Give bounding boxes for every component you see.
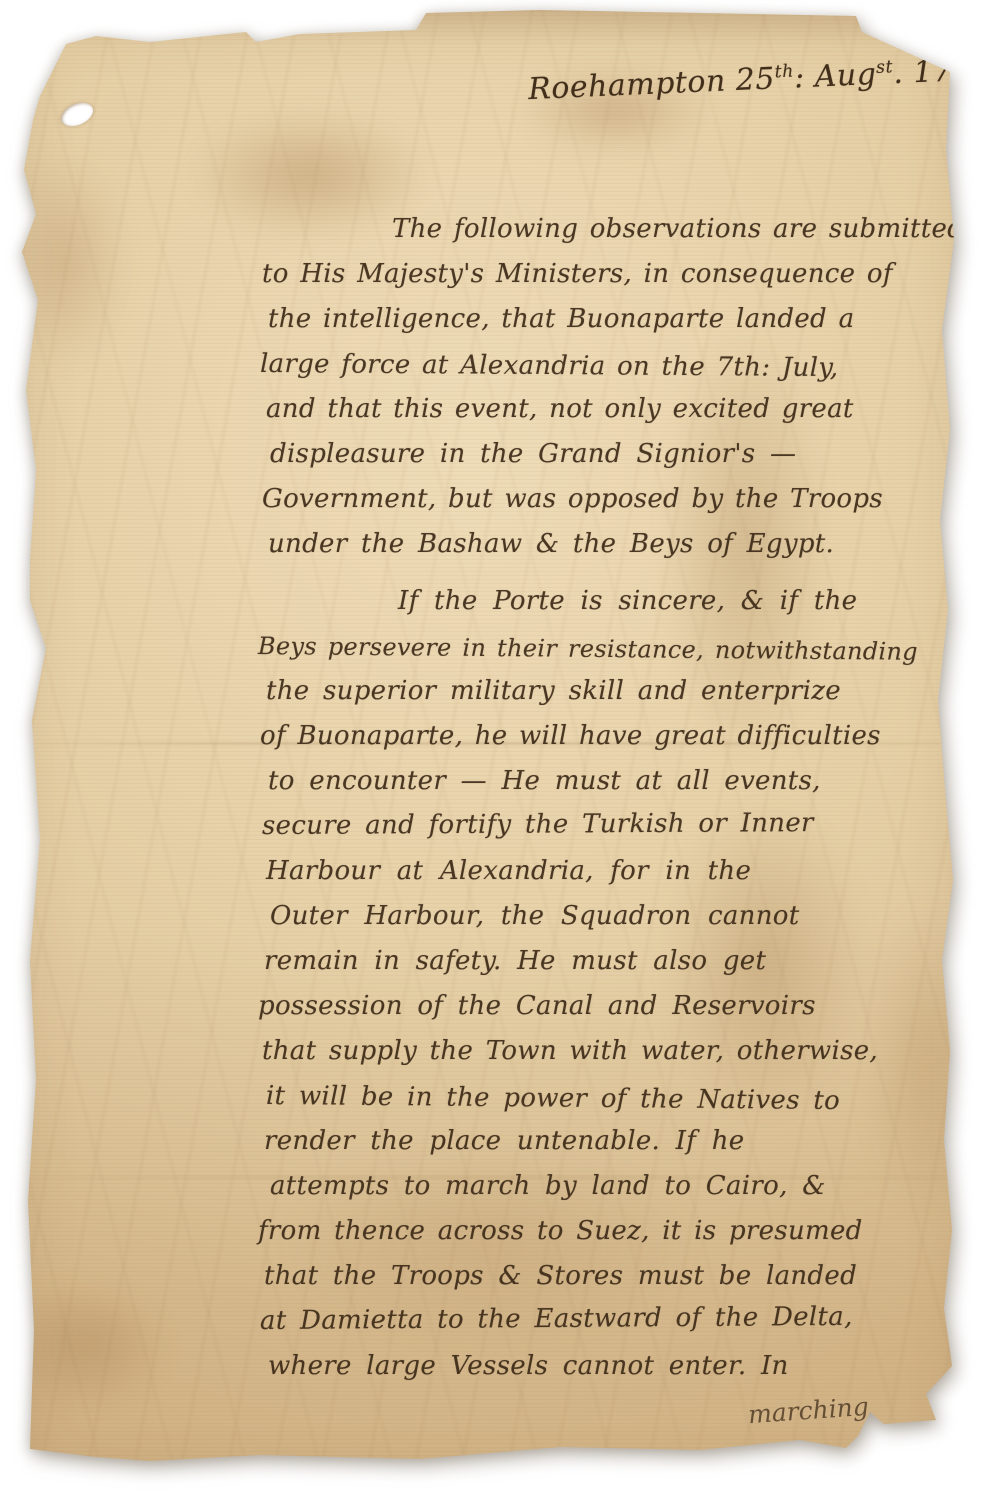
letter-line: attempts to march by land to Cairo, & [270, 1170, 826, 1202]
letter-line: where large Vessels cannot enter. In [268, 1350, 789, 1382]
letter-line: If the Porte is sincere, & if the [398, 585, 857, 617]
letter-page: Roehampton 25th: Augst. 1798 The followi… [0, 0, 983, 1500]
letter-line: Government, but was opposed by the Troop… [262, 483, 883, 515]
letter-line: it will be in the power of the Natives t… [266, 1080, 840, 1117]
letter-line: The following observations are submitted [392, 213, 964, 245]
dateline-part: . 1798 [893, 52, 983, 91]
dateline-superscript: st [876, 57, 894, 78]
letter-line: render the place untenable. If he [264, 1125, 744, 1157]
letter-line: Beys persevere in their resistance, notw… [258, 630, 918, 668]
letter-line: remain in safety. He must also get [264, 945, 766, 977]
photo-backdrop: Roehampton 25th: Augst. 1798 The followi… [0, 0, 983, 1500]
dateline-part: : Aug [793, 57, 877, 96]
letter-line: under the Bashaw & the Beys of Egypt. [268, 528, 834, 560]
letter-line: that supply the Town with water, otherwi… [262, 1035, 878, 1067]
letter-line: that the Troops & Stores must be landed [264, 1260, 857, 1292]
letter-line: and that this event, not only excited gr… [266, 393, 854, 425]
paper-sheet: Roehampton 25th: Augst. 1798 The followi… [0, 0, 983, 1500]
letter-line: Harbour at Alexandria, for in the [266, 855, 751, 887]
letter-line: the intelligence, that Buonaparte landed… [268, 303, 854, 335]
dateline-superscript: th [774, 62, 794, 83]
letter-line: large force at Alexandria on the 7th: Ju… [260, 348, 839, 384]
letter-line: from thence across to Suez, it is presum… [258, 1215, 863, 1247]
letter-line: secure and fortify the Turkish or Inner [262, 807, 814, 842]
letter-line: of Buonaparte, he will have great diffic… [260, 720, 881, 752]
letter-line: at Damietta to the Eastward of the Delta… [260, 1301, 853, 1337]
letter-line: to His Majesty's Ministers, in consequen… [262, 258, 893, 290]
letter-line: possession of the Canal and Reservoirs [258, 990, 816, 1022]
letter-line: Outer Harbour, the Squadron cannot [270, 900, 799, 932]
letter-line: displeasure in the Grand Signior's — [270, 438, 796, 470]
letter-line: to encounter — He must at all events, [268, 765, 821, 797]
letter-line: the superior military skill and enterpri… [266, 675, 841, 707]
